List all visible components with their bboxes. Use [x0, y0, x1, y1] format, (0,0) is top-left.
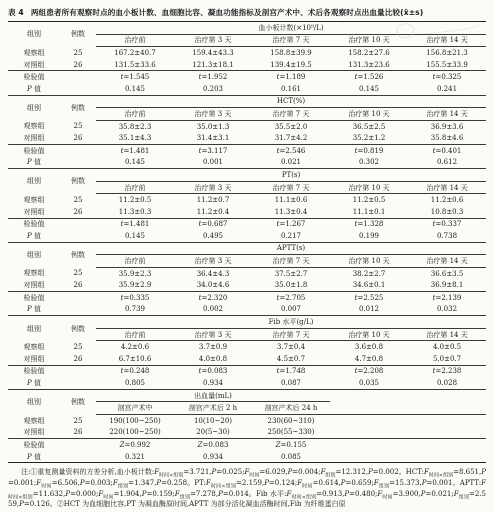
stub-group-header: 组别: [8, 242, 60, 267]
cell-value: 36.5±2.5: [330, 120, 408, 132]
cell-value: 155.5±33.9: [408, 59, 486, 71]
cell-value: 11.2±0.7: [174, 194, 252, 206]
cases-value: [60, 377, 96, 389]
cell-value: 0.145: [96, 230, 174, 242]
table-row: P 值0.1450.4950.2170.1990.738: [8, 230, 486, 242]
cell-value: 4.7±0.8: [330, 353, 408, 365]
col-header: 剖宫产术后 2 h: [174, 402, 252, 415]
table-row: 观察组2535.8±2.335.0±1.335.5±2.036.5±2.536.…: [8, 120, 486, 132]
cell-value: Z=0.155: [252, 439, 330, 451]
cell-value: 0.085: [252, 451, 330, 463]
cell-value: 3.7±0.4: [252, 341, 330, 353]
filler-cell: [330, 439, 408, 451]
cell-value: t=2.546: [252, 144, 330, 156]
cell-value: 250(55~330): [252, 427, 330, 439]
col-header: 治疗第 10 天: [330, 108, 408, 121]
cell-value: t=1.952: [174, 71, 252, 83]
stub-cases-header: 例数: [60, 242, 96, 267]
row-label: 观察组: [8, 415, 60, 427]
cell-value: 31.7±4.2: [252, 132, 330, 144]
col-header: 治疗第 10 天: [330, 255, 408, 268]
row-label: 观察组: [8, 341, 60, 353]
cases-value: [60, 83, 96, 95]
row-label: P 值: [8, 451, 60, 463]
col-header: 治疗第 10 天: [330, 34, 408, 47]
cell-value: t=1.328: [330, 218, 408, 230]
section-measure: APTT(s): [96, 242, 486, 255]
col-header: 治疗第 3 天: [174, 255, 252, 268]
cell-value: 0.002: [174, 304, 252, 316]
row-label: 检验值: [8, 71, 60, 83]
cell-value: 131.3±23.6: [330, 59, 408, 71]
col-header: 治疗第 7 天: [252, 255, 330, 268]
stub-cases-header: 例数: [60, 389, 96, 414]
col-header: 治疗第 14 天: [408, 181, 486, 194]
cases-value: 25: [60, 415, 96, 427]
cell-value: 0.203: [174, 83, 252, 95]
stub-cases-header: 例数: [60, 22, 96, 47]
cell-value: 220(100~250): [96, 427, 174, 439]
table-row: 检验值t=1.481t=0.687t=1.267t=1.328t=0.337: [8, 218, 486, 230]
cell-value: 121.3±18.1: [174, 59, 252, 71]
cell-value: t=1.545: [96, 71, 174, 83]
cell-value: 0.021: [252, 157, 330, 169]
cell-value: 0.302: [330, 157, 408, 169]
cases-value: [60, 71, 96, 83]
cell-value: 36.6±3.5: [408, 267, 486, 279]
stub-group-header: 组别: [8, 95, 60, 120]
filler-cell: [330, 389, 486, 402]
cases-value: 26: [60, 59, 96, 71]
col-header: 剖宫产术中: [96, 402, 174, 415]
cell-value: 37.5±2.7: [252, 267, 330, 279]
cases-value: 26: [60, 427, 96, 439]
cell-value: 38.2±2.7: [330, 267, 408, 279]
cases-value: [60, 451, 96, 463]
stub-cases-header: 例数: [60, 169, 96, 194]
cell-value: 0.012: [330, 304, 408, 316]
stub-cases-header: 例数: [60, 95, 96, 120]
stub-cases-header: 例数: [60, 316, 96, 341]
cell-value: 167.2±40.7: [96, 47, 174, 59]
row-label: 检验值: [8, 439, 60, 451]
cases-value: 25: [60, 267, 96, 279]
cell-value: t=1.481: [96, 218, 174, 230]
cases-value: 25: [60, 194, 96, 206]
cell-value: 156.8±21.3: [408, 47, 486, 59]
cell-value: t=0.325: [408, 71, 486, 83]
cell-value: 0.934: [174, 451, 252, 463]
table-row: 对照组2611.3±0.311.2±0.411.3±0.411.1±0.110.…: [8, 206, 486, 218]
cell-value: 0.934: [174, 377, 252, 389]
table-row: P 值0.3210.9340.085: [8, 451, 486, 463]
cases-value: 26: [60, 206, 96, 218]
cell-value: 3.7±0.9: [174, 341, 252, 353]
table-row: 检验值t=0.248t=0.083t=1.748t=2.208t=2.238: [8, 365, 486, 377]
cell-value: 0.087: [252, 377, 330, 389]
col-header: 治疗第 14 天: [408, 108, 486, 121]
cell-value: 0.145: [330, 83, 408, 95]
cell-value: 0.028: [408, 377, 486, 389]
cell-value: 158.8±39.9: [252, 47, 330, 59]
cell-value: t=1.189: [252, 71, 330, 83]
section-measure: HCT(%): [96, 95, 486, 108]
table-row: P 值0.1450.2030.1610.1450.241: [8, 83, 486, 95]
row-label: 观察组: [8, 47, 60, 59]
paper-page: 表 4两组患者所有观察时点的血小板计数、血细胞比容、凝血功能指标及剖宫产术中、术…: [0, 0, 494, 510]
col-header: 治疗第 14 天: [408, 255, 486, 268]
cell-value: 36.9±8.1: [408, 279, 486, 291]
table-row: 检验值t=0.335t=2.320t=2.705t=2.525t=2.139: [8, 292, 486, 304]
section-measure: PT(s): [96, 169, 486, 182]
table-row: 对照组26220(100~250)20(5~30)250(55~330): [8, 427, 486, 439]
table-row: 对照组2635.1±4.331.4±3.131.7±4.235.2±1.235.…: [8, 132, 486, 144]
table-row: P 值0.1450.0010.0210.3020.612: [8, 157, 486, 169]
cell-value: t=2.320: [174, 292, 252, 304]
cell-value: t=0.687: [174, 218, 252, 230]
cell-value: 0.145: [96, 157, 174, 169]
table-row: 组别例数Fib 水平(g/L): [8, 316, 486, 329]
table-caption: 表 4两组患者所有观察时点的血小板计数、血细胞比容、凝血功能指标及剖宫产术中、术…: [8, 7, 486, 18]
col-header: 治疗第 3 天: [174, 108, 252, 121]
col-header: 治疗第 7 天: [252, 34, 330, 47]
cell-value: t=0.819: [330, 144, 408, 156]
cell-value: 0.321: [96, 451, 174, 463]
cell-value: 0.739: [96, 304, 174, 316]
cell-value: 11.2±0.5: [96, 194, 174, 206]
section-measure: 血小板计数(×10⁹/L): [96, 22, 486, 35]
cell-value: 35.5±2.0: [252, 120, 330, 132]
cell-value: t=2.525: [330, 292, 408, 304]
cases-value: 25: [60, 341, 96, 353]
cell-value: 11.1±0.6: [252, 194, 330, 206]
filler-cell: [408, 402, 486, 415]
cell-value: 5.0±0.7: [408, 353, 486, 365]
cell-value: 0.161: [252, 83, 330, 95]
table-note: 注:①重复测量资料的方差分析,血小板计数:F时间×组别=3.721,P=0.02…: [8, 467, 486, 509]
col-header: 治疗第 14 天: [408, 34, 486, 47]
cell-value: 35.1±4.3: [96, 132, 174, 144]
cell-value: 131.5±33.6: [96, 59, 174, 71]
row-label: 检验值: [8, 292, 60, 304]
cell-value: Z=0.083: [174, 439, 252, 451]
cell-value: 11.3±0.4: [252, 206, 330, 218]
cell-value: 0.007: [252, 304, 330, 316]
cell-value: 35.8±4.6: [408, 132, 486, 144]
cell-value: 31.4±3.1: [174, 132, 252, 144]
cell-value: 0.805: [96, 377, 174, 389]
table-row: 组别例数APTT(s): [8, 242, 486, 255]
cell-value: 11.1±0.1: [330, 206, 408, 218]
table-row: 观察组254.2±0.63.7±0.93.7±0.43.6±0.84.0±0.5: [8, 341, 486, 353]
cell-value: 34.0±4.6: [174, 279, 252, 291]
cell-value: 4.2±0.6: [96, 341, 174, 353]
cell-value: 35.9±2.9: [96, 279, 174, 291]
cases-value: [60, 144, 96, 156]
stub-group-header: 组别: [8, 169, 60, 194]
cell-value: 0.145: [96, 83, 174, 95]
cell-value: 0.738: [408, 230, 486, 242]
cell-value: 0.199: [330, 230, 408, 242]
cell-value: t=0.401: [408, 144, 486, 156]
cell-value: t=1.267: [252, 218, 330, 230]
cell-value: 0.495: [174, 230, 252, 242]
cell-value: t=1.748: [252, 365, 330, 377]
cell-value: t=2.238: [408, 365, 486, 377]
col-header: 治疗前: [96, 108, 174, 121]
col-header: 剖宫产术后 24 h: [252, 402, 330, 415]
cell-value: 35.9±2.3: [96, 267, 174, 279]
cell-value: 36.4±4.3: [174, 267, 252, 279]
filler-cell: [408, 451, 486, 463]
cell-value: Z=0.992: [96, 439, 174, 451]
cell-value: t=2.208: [330, 365, 408, 377]
table-row: 检验值t=1.545t=1.952t=1.189t=1.526t=0.325: [8, 71, 486, 83]
table-row: 组别例数出血量(mL): [8, 389, 486, 402]
cell-value: 0.001: [174, 157, 252, 169]
col-header: 治疗前: [96, 328, 174, 341]
filler-cell: [330, 451, 408, 463]
cell-value: t=1.481: [96, 144, 174, 156]
cell-value: 11.2±0.4: [174, 206, 252, 218]
cell-value: 0.217: [252, 230, 330, 242]
cell-value: 20(5~30): [174, 427, 252, 439]
table-row: 组别例数血小板计数(×10⁹/L): [8, 22, 486, 35]
col-header: 治疗第 10 天: [330, 328, 408, 341]
cell-value: t=0.083: [174, 365, 252, 377]
cell-value: 3.6±0.8: [330, 341, 408, 353]
cases-value: [60, 292, 96, 304]
section-measure: 出血量(mL): [96, 389, 330, 402]
table-row: 观察组25190(100~250)10(10~20)230(60~310): [8, 415, 486, 427]
cell-value: 10.8±0.3: [408, 206, 486, 218]
cases-value: 26: [60, 279, 96, 291]
cell-value: 0.035: [330, 377, 408, 389]
col-header: 治疗第 14 天: [408, 328, 486, 341]
table-row: 对照组2635.9±2.934.0±4.635.0±1.834.6±0.136.…: [8, 279, 486, 291]
table-row: 检验值Z=0.992Z=0.083Z=0.155: [8, 439, 486, 451]
col-header: 治疗第 7 天: [252, 328, 330, 341]
cell-value: 10(10~20): [174, 415, 252, 427]
row-label: P 值: [8, 377, 60, 389]
cell-value: 11.2±0.6: [408, 194, 486, 206]
table-row: 观察组2511.2±0.511.2±0.711.1±0.611.2±0.511.…: [8, 194, 486, 206]
row-label: 对照组: [8, 427, 60, 439]
col-header: 治疗前: [96, 181, 174, 194]
col-header: 治疗第 3 天: [174, 34, 252, 47]
filler-cell: [408, 427, 486, 439]
cell-value: 11.2±0.5: [330, 194, 408, 206]
cell-value: 35.0±1.3: [174, 120, 252, 132]
cases-value: 26: [60, 353, 96, 365]
stub-group-header: 组别: [8, 389, 60, 414]
row-label: 观察组: [8, 194, 60, 206]
cases-value: 25: [60, 47, 96, 59]
table-body: 组别例数血小板计数(×10⁹/L)治疗前治疗第 3 天治疗第 7 天治疗第 10…: [8, 22, 486, 463]
cases-value: 26: [60, 132, 96, 144]
col-header: 治疗第 7 天: [252, 181, 330, 194]
row-label: 对照组: [8, 132, 60, 144]
row-label: 对照组: [8, 59, 60, 71]
stub-group-header: 组别: [8, 22, 60, 47]
row-label: 观察组: [8, 267, 60, 279]
section-measure: Fib 水平(g/L): [96, 316, 486, 329]
col-header: 治疗第 3 天: [174, 181, 252, 194]
stub-group-header: 组别: [8, 316, 60, 341]
row-label: 对照组: [8, 206, 60, 218]
comparison-table: 组别例数血小板计数(×10⁹/L)治疗前治疗第 3 天治疗第 7 天治疗第 10…: [8, 21, 486, 463]
cell-value: 36.9±3.6: [408, 120, 486, 132]
cell-value: t=3.117: [174, 144, 252, 156]
col-header: 治疗前: [96, 34, 174, 47]
cell-value: 4.0±0.8: [174, 353, 252, 365]
row-label: 检验值: [8, 218, 60, 230]
cell-value: 158.2±27.6: [330, 47, 408, 59]
col-header: 治疗第 10 天: [330, 181, 408, 194]
row-label: P 值: [8, 157, 60, 169]
cell-value: 159.4±43.3: [174, 47, 252, 59]
row-label: P 值: [8, 304, 60, 316]
row-label: 对照组: [8, 353, 60, 365]
cell-value: 230(60~310): [252, 415, 330, 427]
filler-cell: [408, 415, 486, 427]
table-row: P 值0.8050.9340.0870.0350.028: [8, 377, 486, 389]
col-header: 治疗第 3 天: [174, 328, 252, 341]
row-label: 检验值: [8, 365, 60, 377]
cell-value: 0.612: [408, 157, 486, 169]
col-header: 治疗前: [96, 255, 174, 268]
table-row: 组别例数HCT(%): [8, 95, 486, 108]
cell-value: t=0.337: [408, 218, 486, 230]
table-row: 组别例数PT(s): [8, 169, 486, 182]
cell-value: 4.5±0.7: [252, 353, 330, 365]
cases-value: [60, 304, 96, 316]
cases-value: [60, 157, 96, 169]
table-row: 检验值t=1.481t=3.117t=2.546t=0.819t=0.401: [8, 144, 486, 156]
cell-value: t=2.139: [408, 292, 486, 304]
cell-value: 35.2±1.2: [330, 132, 408, 144]
cell-value: 35.0±1.8: [252, 279, 330, 291]
table-label: 表 4: [8, 8, 24, 17]
cell-value: 190(100~250): [96, 415, 174, 427]
col-header: 治疗第 7 天: [252, 108, 330, 121]
row-label: 对照组: [8, 279, 60, 291]
row-label: P 值: [8, 83, 60, 95]
cases-value: 25: [60, 120, 96, 132]
cell-value: 4.0±0.5: [408, 341, 486, 353]
cell-value: 34.6±0.1: [330, 279, 408, 291]
row-label: P 值: [8, 230, 60, 242]
filler-cell: [408, 439, 486, 451]
cell-value: 35.8±2.3: [96, 120, 174, 132]
cases-value: [60, 439, 96, 451]
cell-value: t=0.248: [96, 365, 174, 377]
cell-value: t=0.335: [96, 292, 174, 304]
table-title: 两组患者所有观察时点的血小板计数、血细胞比容、凝血功能指标及剖宫产术中、术后各观…: [31, 8, 424, 17]
filler-cell: [330, 427, 408, 439]
cell-value: t=2.705: [252, 292, 330, 304]
table-row: 对照组26131.5±33.6121.3±18.1139.4±19.5131.3…: [8, 59, 486, 71]
cell-value: t=1.526: [330, 71, 408, 83]
cases-value: [60, 230, 96, 242]
table-row: 观察组2535.9±2.336.4±4.337.5±2.738.2±2.736.…: [8, 267, 486, 279]
cell-value: 11.3±0.3: [96, 206, 174, 218]
cell-value: 6.7±10.6: [96, 353, 174, 365]
cases-value: [60, 218, 96, 230]
row-label: 检验值: [8, 144, 60, 156]
filler-cell: [330, 415, 408, 427]
cell-value: 139.4±19.5: [252, 59, 330, 71]
cell-value: 0.032: [408, 304, 486, 316]
filler-cell: [330, 402, 408, 415]
cases-value: [60, 365, 96, 377]
row-label: 观察组: [8, 120, 60, 132]
cell-value: 0.241: [408, 83, 486, 95]
table-row: P 值0.7390.0020.0070.0120.032: [8, 304, 486, 316]
table-row: 对照组266.7±10.64.0±0.84.5±0.74.7±0.85.0±0.…: [8, 353, 486, 365]
table-row: 观察组25167.2±40.7159.4±43.3158.8±39.9158.2…: [8, 47, 486, 59]
